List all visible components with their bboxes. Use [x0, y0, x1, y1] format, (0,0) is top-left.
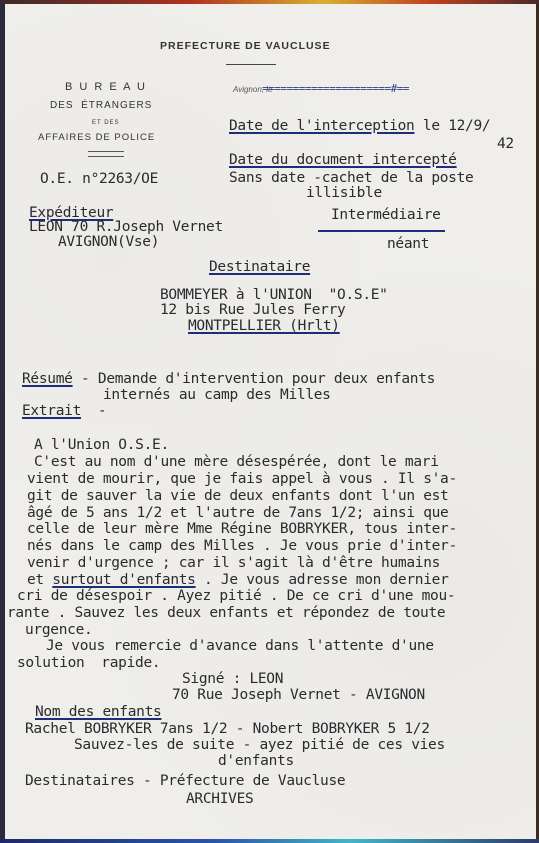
summary-row: Résumé - Demande d'intervention pour deu… [22, 371, 435, 387]
bureau-label: B U R E A U [65, 81, 147, 93]
extract-line: urgence. [25, 622, 92, 638]
extract-line: Je vous remercie d'avance dans l'attente… [46, 638, 434, 654]
children-line3: d'enfants [218, 753, 294, 769]
interception-value: le 12/9/ [423, 118, 490, 134]
extract-line-emphasis: et surtout d'enfants . Je vous adresse m… [27, 572, 449, 588]
intermediary-rule [318, 230, 445, 232]
document-date-value-1: Sans date -cachet de la poste [229, 170, 473, 186]
summary-line2: internés au camp des Milles [103, 387, 331, 403]
extract-line: nés dans le camp des Milles . Je vous pr… [27, 538, 457, 554]
bureau-line3: ET DES [92, 120, 120, 126]
bottom-edge [0, 839, 539, 843]
distribution-line2: ARCHIVES [186, 791, 253, 807]
extract-line: rante . Sauvez les deux enfants et répon… [7, 605, 445, 621]
reference-number: O.E. n°2263/OE [40, 171, 158, 187]
extract-line: venir d'urgence ; car il s'agit là d'êtr… [27, 555, 440, 571]
children-line1: Rachel BOBRYKER 7ans 1/2 - Nobert BOBRYK… [25, 721, 430, 737]
bureau-line4: AFFAIRES DE POLICE [38, 132, 155, 143]
interception-label: Date de l'interception [229, 118, 414, 134]
extract-line: solution rapide. [17, 655, 160, 671]
recipient-line2: 12 bis Rue Jules Ferry [160, 302, 345, 318]
sender-line2: AVIGNON(Vse) [58, 234, 159, 250]
children-line2: Sauvez-les de suite - ayez pitié de ces … [74, 737, 445, 753]
document-date-label: Date du document intercepté [229, 152, 457, 168]
summary-label: Résumé [22, 371, 73, 387]
bureau-line2: DES ÉTRANGERS [50, 100, 152, 111]
recipient-line3: MONTPELLIER (Hrlt) [188, 318, 340, 334]
children-label: Nom des enfants [35, 704, 161, 720]
extract-line: A l'Union O.S.E. [34, 437, 169, 453]
extract-line: âgé de 5 ans 1/2 et l'autre de 7ans 1/2;… [27, 505, 449, 521]
underlined-phrase: surtout d'enfants [52, 572, 195, 588]
place-date-fill: =====================#== [262, 82, 409, 95]
extract-line: celle de leur mère Mme Régine BOBRYKER, … [27, 521, 457, 537]
interception-row: Date de l'interception le 12/9/ [229, 118, 490, 134]
extract-line: C'est au nom d'une mère désespérée, dont… [34, 454, 439, 470]
sender-line1: LEON 70 R.Joseph Vernet [29, 219, 223, 235]
distribution-line1: Destinataires - Préfecture de Vaucluse [25, 773, 345, 789]
summary-text: - Demande d'intervention pour deux enfan… [73, 371, 435, 387]
interception-year: 42 [497, 136, 514, 152]
title-rule [226, 64, 276, 65]
extract-line: cri de désespoir . Ayez pitié . De ce cr… [17, 588, 455, 604]
prefecture-title: PREFECTURE DE VAUCLUSE [160, 40, 331, 52]
extract-line: git de sauver la vie de deux enfants don… [27, 488, 449, 504]
bureau-double-rule [88, 151, 124, 157]
intermediary-value: néant [387, 236, 429, 252]
extract-row: Extrait - [22, 403, 106, 419]
recipient-line1: BOMMEYER à l'UNION "O.S.E" [160, 287, 388, 303]
extract-line: vient de mourir, que je fais appel à vou… [27, 471, 457, 487]
intermediary-label: Intermédiaire [331, 207, 441, 223]
document-date-value-2: illisible [306, 185, 382, 201]
recipient-label: Destinataire [209, 259, 310, 275]
signature: Signé : LEON [182, 671, 283, 687]
signature-address: 70 Rue Joseph Vernet - AVIGNON [172, 687, 425, 703]
extract-label: Extrait [22, 403, 81, 419]
